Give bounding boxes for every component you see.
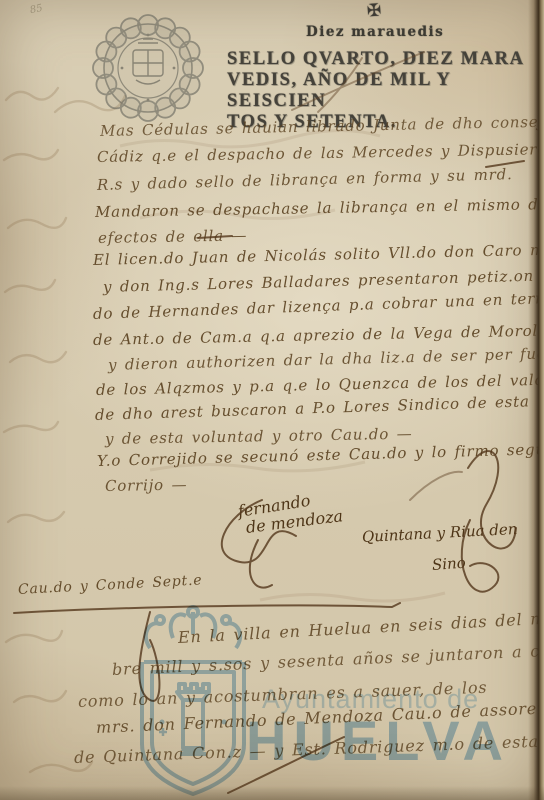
manuscript-line: y dieron authorizen dar la dha liz.a de …	[108, 344, 544, 374]
tax-stamp-gothic-text: Diez marauedis	[306, 24, 444, 40]
manuscript-line: Mandaron se despachase la librança en el…	[95, 195, 544, 221]
manuscript-line: de Quintana Con.z — y Est. Rodriguez m.o…	[74, 732, 539, 767]
signature-right-rubric-word: Sino	[431, 554, 466, 574]
pencil-annotation: 85	[29, 3, 44, 16]
manuscript-line: En la villa en Huelua en seis dias del m…	[178, 603, 544, 647]
printer-cross-icon: ✠	[366, 1, 382, 22]
manuscript-line: Cádiz q.e el despacho de las Mercedes y …	[97, 139, 544, 166]
page-edge-right	[528, 0, 544, 800]
manuscript-line: efectos de ella —	[98, 226, 248, 247]
margin-note: Cau.do y Conde Sept.e	[18, 572, 203, 598]
seal-line-2: VEDIS, AÑO DE MIL Y SEISCIEN	[227, 70, 543, 112]
page-edge-bottom	[0, 786, 544, 800]
fiscal-seal-stamp-icon	[86, 10, 210, 126]
manuscript-line: Corrijo —	[105, 476, 188, 495]
seal-line-1: SELLO QVARTO, DIEZ MARA	[227, 49, 543, 70]
manuscript-line: bre mill y s.sos y sesenta años se junta…	[112, 639, 544, 679]
manuscript-line: de Ant.o de Cam.a q.a aprezio de la Vega…	[93, 321, 544, 349]
manuscript-line: R.s y dado sello de librança en forma y …	[97, 165, 513, 194]
signature-right-name: Quintana y Riua den	[362, 520, 518, 546]
manuscript-page: 85 ✠ Diez marauedis SELLO QVARTO, DIEZ M…	[0, 0, 544, 800]
